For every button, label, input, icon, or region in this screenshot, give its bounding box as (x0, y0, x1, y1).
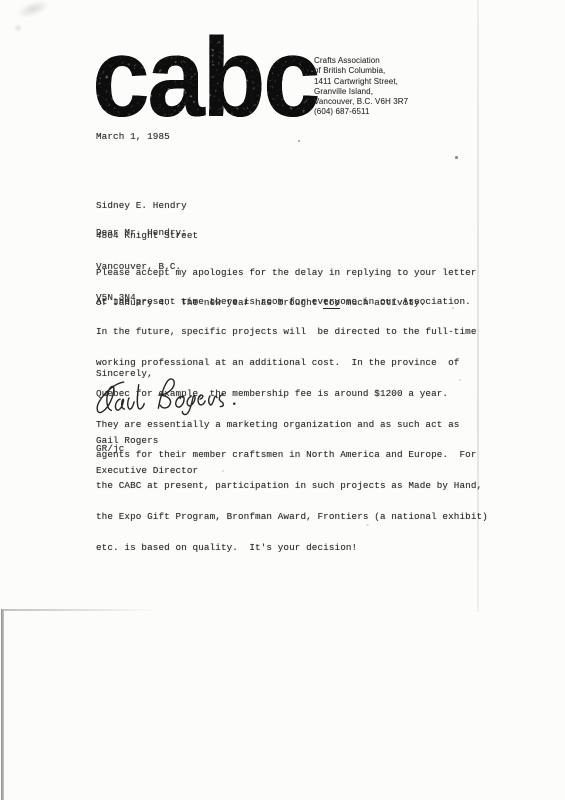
scan-smudge (15, 0, 52, 21)
body-line: the Expo Gift Program, Bronfman Award, F… (96, 512, 488, 522)
signer-title: Executive Director (96, 466, 198, 476)
scan-speck (455, 156, 458, 159)
org-line: (604) 687-6511 (314, 107, 408, 117)
cabc-logo-graphic: cabc (90, 26, 325, 123)
signature-script (85, 372, 246, 420)
reference-initials: GR/jc (96, 444, 124, 454)
org-line: 1411 Cartwright Street, (314, 77, 408, 87)
scan-smudge (14, 24, 22, 32)
body-line: At the present time there is room for ev… (96, 297, 488, 307)
logo-text: cabc (92, 26, 319, 123)
body-line: working professional at an additional co… (96, 358, 488, 368)
scanned-letter-page: cabc Crafts Association of British Colum… (0, 0, 565, 800)
body-line: etc. is based on quality. It's your deci… (96, 543, 488, 553)
letterhead-address: Crafts Association of British Columbia, … (314, 56, 408, 118)
salutation: Dear Mr. Hendry: (96, 228, 187, 238)
scan-page-edge-horizontal (4, 609, 159, 611)
handwritten-signature (85, 372, 246, 420)
letter-date: March 1, 1985 (96, 132, 170, 142)
body-line: In the future, specific projects will be… (96, 327, 488, 337)
signer-block: Gail Rogers Executive Director (96, 415, 198, 497)
scan-speck (298, 140, 300, 142)
recipient-line: Sidney E. Hendry (96, 201, 198, 211)
org-line: Vancouver, B.C. V6H 3R7 (314, 97, 408, 107)
org-line: Granville Island, (314, 87, 408, 97)
org-line: Crafts Association (314, 56, 408, 66)
scan-page-edge-vertical (1, 609, 4, 800)
cabc-logo: cabc (90, 26, 325, 123)
org-line: of British Columbia, (314, 66, 408, 76)
